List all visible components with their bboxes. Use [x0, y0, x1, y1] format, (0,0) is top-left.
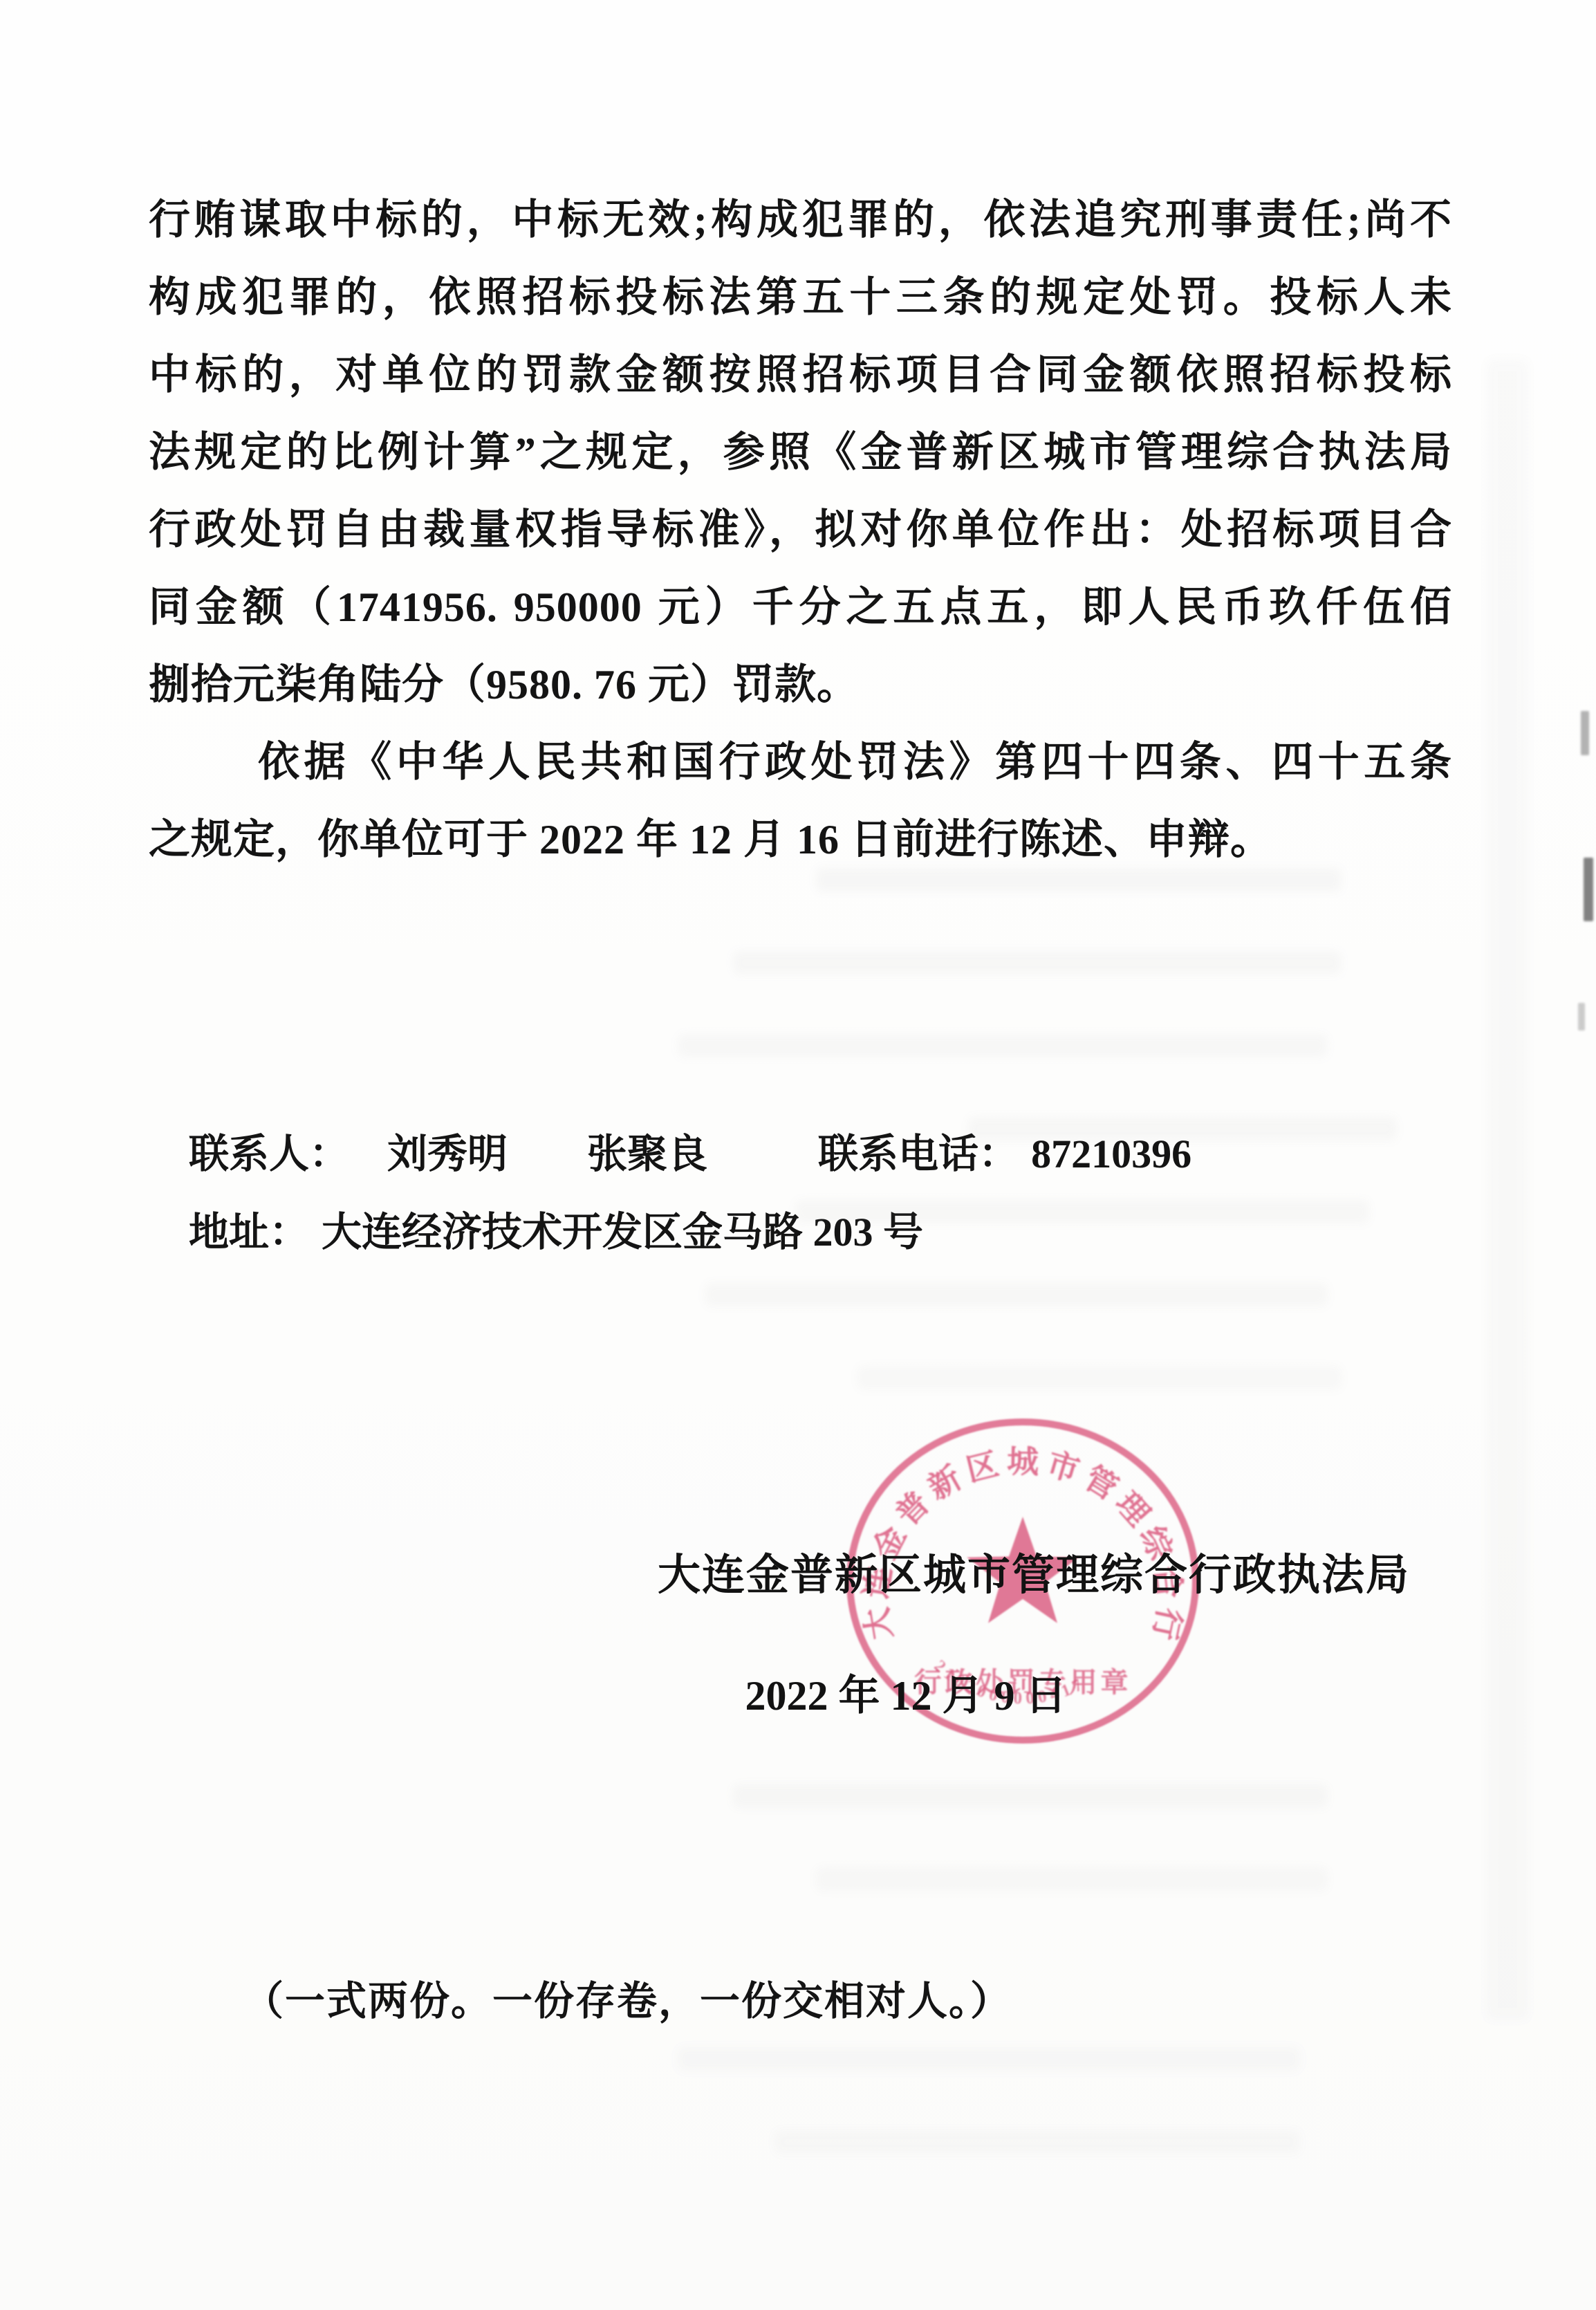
body-line: 捌拾元柒角陆分（9580. 76 元）罚款。	[149, 646, 1452, 723]
scan-artifact	[774, 2130, 1300, 2154]
phone-number: 87210396	[1031, 1131, 1191, 1176]
address-label: 地址：	[189, 1210, 309, 1255]
body-line: 中标的，对单位的罚款金额按照招标项目合同金额依照招标投标	[149, 336, 1452, 414]
body-line: 依据《中华人民共和国行政处罚法》第四十四条、四十五条	[149, 723, 1452, 801]
footer-note: （一式两份。一份存卷，一份交相对人。）	[243, 1968, 1012, 2026]
scan-artifact	[1578, 1003, 1585, 1031]
scan-artifact	[733, 1784, 1328, 1808]
issuing-agency: 大连金普新区城市管理综合行政执法局	[615, 1548, 1452, 1603]
address-line: 地址：大连经济技术开发区金马路 203 号	[189, 1193, 1433, 1271]
scan-artifact	[705, 1283, 1328, 1306]
scanned-document-page: 行贿谋取中标的，中标无效;构成犯罪的，依法追究刑事责任;尚不 构成犯罪的，依照招…	[0, 0, 1596, 2310]
scan-artifact	[816, 1867, 1328, 1891]
scan-artifact	[1487, 360, 1528, 2020]
scan-artifact	[1584, 858, 1593, 921]
contact-block: 联系人：刘秀明张聚良联系电话：87210396 地址：大连经济技术开发区金马路 …	[189, 1115, 1433, 1271]
body-line: 构成犯罪的，依照招标投标法第五十三条的规定处罚。投标人未	[149, 259, 1452, 336]
phone-label: 联系电话：	[818, 1131, 1019, 1176]
body-line: 行贿谋取中标的，中标无效;构成犯罪的，依法追究刑事责任;尚不	[149, 181, 1452, 259]
scan-artifact	[678, 2047, 1300, 2071]
contact-label: 联系人：	[189, 1131, 349, 1176]
body-line: 法规定的比例计算”之规定，参照《金普新区城市管理综合执法局	[149, 414, 1452, 491]
address-value: 大连经济技术开发区金马路 203 号	[322, 1210, 923, 1255]
contact-name-2: 张聚良	[587, 1131, 707, 1176]
seal-ring-text: 大连金普新区城市管理综合行政执法局	[838, 1410, 1188, 1649]
contact-line: 联系人：刘秀明张聚良联系电话：87210396	[189, 1115, 1433, 1193]
body-line: 之规定，你单位可于 2022 年 12 月 16 日前进行陈述、申辩。	[149, 801, 1452, 878]
body-text: 行贿谋取中标的，中标无效;构成犯罪的，依法追究刑事责任;尚不 构成犯罪的，依照招…	[149, 181, 1452, 878]
scan-artifact	[857, 1366, 1342, 1389]
scan-artifact	[1581, 711, 1589, 755]
issue-date: 2022 年 12 月 9 日	[712, 1668, 1099, 1724]
contact-name-1: 刘秀明	[387, 1131, 508, 1176]
body-line: 同金额（1741956. 950000 元）千分之五点五，即人民币玖仟伍佰	[149, 569, 1452, 646]
body-line: 行政处罚自由裁量权指导标准》，拟对你单位作出：处招标项目合	[149, 491, 1452, 569]
scan-artifact	[678, 1034, 1328, 1057]
scan-artifact	[733, 951, 1342, 974]
